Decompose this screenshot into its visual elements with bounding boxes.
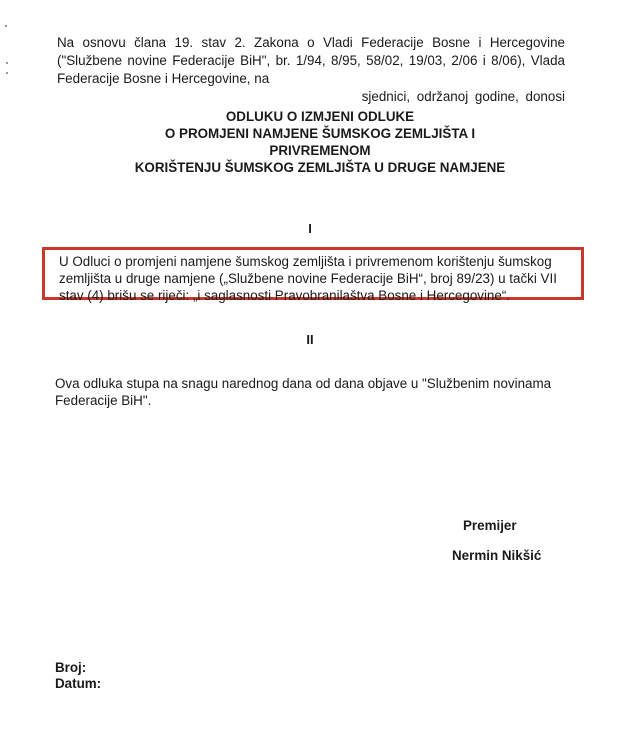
- title-line: O PROMJENI NAMJENE ŠUMSKOG ZEMLJIŠTA I P…: [120, 125, 520, 159]
- preamble-line: Federacije Bosne i Hercegovine, nasjedni…: [57, 70, 565, 88]
- preamble-line: Na osnovu člana 19. stav 2. Zakona o Vla…: [57, 34, 565, 52]
- section-number-ii: II: [300, 332, 320, 347]
- signature-role: Premijer: [463, 518, 517, 533]
- highlighted-amendment: U Odluci o promjeni namjene šumskog zeml…: [42, 247, 584, 300]
- signature-name: Nermin Nikšić: [452, 548, 541, 563]
- date-label: Datum:: [55, 676, 101, 692]
- section-line: Ova odluka stupa na snagu narednog dana …: [55, 375, 575, 392]
- section-number-i: I: [300, 221, 320, 236]
- section-line: Federacije BiH".: [55, 392, 575, 409]
- margin-mark: [6, 72, 8, 74]
- margin-mark: [6, 62, 8, 64]
- preamble-line3-end: sjednici, održanoj godine, donosi: [362, 88, 565, 106]
- margin-mark: [5, 25, 7, 27]
- number-label: Broj:: [55, 660, 101, 676]
- preamble: Na osnovu člana 19. stav 2. Zakona o Vla…: [57, 34, 565, 106]
- title-line: ODLUKU O IZMJENI ODLUKE: [120, 108, 520, 125]
- preamble-line3-start: Federacije Bosne i Hercegovine, na: [57, 71, 269, 86]
- footer: Broj: Datum:: [55, 660, 101, 692]
- section-line: stav (4) brišu se riječi: „i saglasnosti…: [59, 287, 571, 304]
- section-ii-text: Ova odluka stupa na snagu narednog dana …: [55, 375, 575, 409]
- preamble-line: ("Službene novine Federacije BiH", br. 1…: [57, 52, 565, 70]
- document-title: ODLUKU O IZMJENI ODLUKE O PROMJENI NAMJE…: [120, 108, 520, 176]
- section-line: U Odluci o promjeni namjene šumskog zeml…: [59, 253, 571, 270]
- title-line: KORIŠTENJU ŠUMSKOG ZEMLJIŠTA U DRUGE NAM…: [120, 159, 520, 176]
- section-line: zemljišta u druge namjene („Službene nov…: [59, 270, 571, 287]
